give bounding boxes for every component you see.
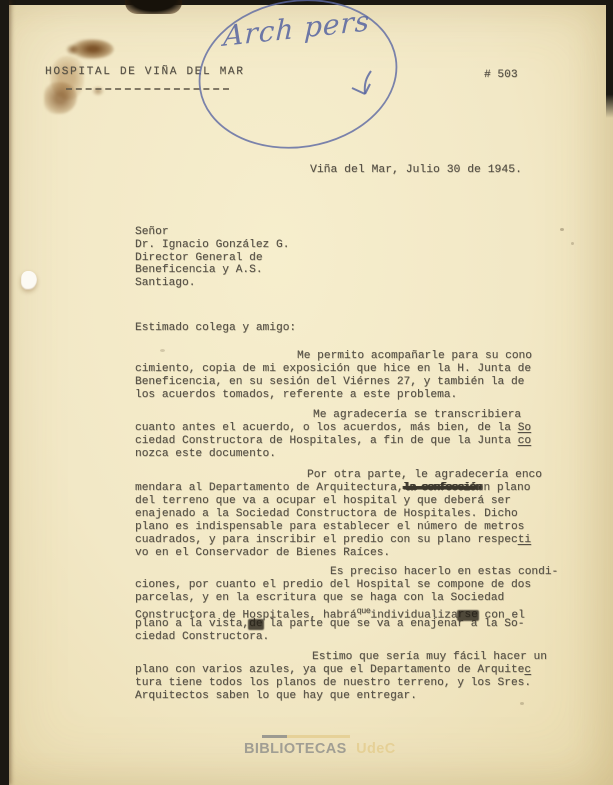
- handwritten-arrow-icon: [344, 68, 382, 110]
- typed-line: ciedad Constructora.: [135, 631, 565, 644]
- typed-text: Me agradecería se transcribiera: [313, 409, 521, 421]
- recipient-line: Dr. Ignacio González G.: [135, 239, 289, 252]
- typed-text: cimiento, copia de mi exposición que hic…: [135, 363, 531, 375]
- typed-text: un plano: [477, 482, 531, 494]
- edited-text: de: [249, 618, 262, 630]
- watermark-bar-dark: [262, 735, 287, 738]
- edited-text: que: [357, 606, 371, 616]
- typed-line: plano con varios azules, ya que el Depar…: [135, 664, 565, 677]
- paper-speck: [560, 228, 564, 231]
- watermark-secondary: UdeC: [356, 741, 395, 757]
- typed-text: vo en el Conservador de Bienes Raíces.: [135, 547, 390, 559]
- scan-frame-right: [606, 0, 613, 118]
- typed-line: enajenado a la Sociedad Constructora de …: [135, 508, 565, 521]
- watermark-primary: BIBLIOTECAS: [244, 741, 347, 757]
- edited-text: c: [524, 664, 531, 676]
- typed-text: la parte que se va a enajenar a la So-: [263, 618, 525, 630]
- typed-line: vo en el Conservador de Bienes Raíces.: [135, 547, 565, 560]
- typed-text: parcelas, y en la escritura que se haga …: [135, 592, 504, 604]
- stain: [66, 44, 79, 55]
- typed-text: plano es indispensable para establecer e…: [135, 521, 524, 533]
- typed-text: Es preciso hacerlo en estas condi-: [330, 566, 558, 578]
- edited-text: la confección: [404, 482, 482, 494]
- typed-text: Beneficencia, en su sesión del Viérnes 2…: [135, 376, 524, 388]
- date-line: Viña del Mar, Julio 30 de 1945.: [310, 164, 522, 176]
- typed-text: ciones, por cuanto el predio del Hospita…: [135, 579, 531, 591]
- stain: [44, 82, 77, 114]
- salutation: Estimado colega y amigo:: [135, 322, 296, 334]
- document-number: # 503: [484, 69, 518, 81]
- edited-text: rse: [458, 609, 478, 621]
- typed-line: cuanto antes el acuerdo, o los acuerdos,…: [135, 422, 565, 435]
- typed-line: Es preciso hacerlo en estas condi-: [135, 566, 565, 579]
- typed-text: cuanto antes el acuerdo, o los acuerdos,…: [135, 422, 518, 434]
- typed-line: del terreno que va a ocupar el hospital …: [135, 495, 565, 508]
- scan-frame-left: [0, 0, 9, 785]
- typed-text: cuadrados, y para inscribir el predio co…: [135, 534, 518, 546]
- typed-text: enajenado a la Sociedad Constructora de …: [135, 508, 518, 520]
- edited-text: ti: [518, 534, 531, 546]
- typed-text: del terreno que va a ocupar el hospital …: [135, 495, 511, 507]
- typed-line: cimiento, copia de mi exposición que hic…: [135, 363, 565, 376]
- paragraph: Estimo que sería muy fácil hacer unplano…: [135, 651, 565, 703]
- hole-punch: [21, 271, 37, 290]
- watermark-bar: [262, 735, 350, 738]
- typed-line: ciones, por cuanto el predio del Hospita…: [135, 579, 565, 592]
- scanned-letter-page: HOSPITAL DE VIÑA DEL MAR # 503 Arch pers…: [0, 0, 613, 785]
- typed-line: nozca este documento.: [135, 448, 565, 461]
- typed-text: nozca este documento.: [135, 448, 276, 460]
- typed-line: Beneficencia, en su sesión del Viérnes 2…: [135, 376, 565, 389]
- typed-line: ciedad Constructora de Hospitales, a fin…: [135, 435, 565, 448]
- recipient-line: Señor: [135, 226, 289, 239]
- typed-text: los acuerdos tomados, referente a este p…: [135, 389, 457, 401]
- typed-line: Arquitectos saben lo que hay que entrega…: [135, 690, 565, 703]
- typed-line: plano es indispensable para establecer e…: [135, 521, 565, 534]
- recipient-line: Director General de: [135, 252, 289, 265]
- typed-text: plano con varios azules, ya que el Depar…: [135, 664, 524, 676]
- typed-text: Por otra parte, le agradecería enco: [307, 469, 542, 481]
- typed-text: plano a la vista,: [135, 618, 249, 630]
- watermark-bar-light: [287, 735, 350, 738]
- paragraph: Me permito acompañarle para su conocimie…: [135, 350, 565, 402]
- typed-line: Me agradecería se transcribiera: [135, 409, 565, 422]
- typed-text: Estimo que sería muy fácil hacer un: [312, 651, 547, 663]
- recipient-line: Beneficencia y A.S.: [135, 264, 289, 277]
- typed-line: Me permito acompañarle para su cono: [135, 350, 565, 363]
- typed-line: Estimo que sería muy fácil hacer un: [135, 651, 565, 664]
- typed-line: mendara al Departamento de Arquitectura,…: [135, 482, 565, 495]
- typed-line: parcelas, y en la escritura que se haga …: [135, 592, 565, 605]
- paper-speck: [571, 242, 574, 245]
- paragraph: Por otra parte, le agradecería encomenda…: [135, 469, 565, 560]
- typed-line: cuadrados, y para inscribir el predio co…: [135, 534, 565, 547]
- typed-line: Por otra parte, le agradecería enco: [135, 469, 565, 482]
- typed-line: Constructora de Hospitales, habráqueindi…: [135, 605, 565, 618]
- typed-text: ciedad Constructora.: [135, 631, 269, 643]
- recipient-line: Santiago.: [135, 277, 289, 290]
- paragraph: Me agradecería se transcribieracuanto an…: [135, 409, 565, 461]
- typed-line: plano a la vista,de la parte que se va a…: [135, 618, 565, 631]
- typed-text: tura tiene todos los planos de nuestro t…: [135, 677, 531, 689]
- edited-text: So: [518, 422, 531, 434]
- edited-text: co: [518, 435, 531, 447]
- scan-edge-mark: [125, 0, 182, 14]
- typed-line: los acuerdos tomados, referente a este p…: [135, 389, 565, 402]
- recipient-block: Señor Dr. Ignacio González G. Director G…: [135, 226, 289, 290]
- typed-text: mendara al Departamento de Arquitectura,: [135, 482, 404, 494]
- typed-text: ciedad Constructora de Hospitales, a fin…: [135, 435, 518, 447]
- paragraph: Es preciso hacerlo en estas condi-ciones…: [135, 566, 565, 644]
- typed-text: Me permito acompañarle para su cono: [297, 350, 532, 362]
- typed-line: tura tiene todos los planos de nuestro t…: [135, 677, 565, 690]
- library-watermark: BIBLIOTECAS UdeC: [244, 735, 396, 757]
- typed-text: Arquitectos saben lo que hay que entrega…: [135, 690, 417, 702]
